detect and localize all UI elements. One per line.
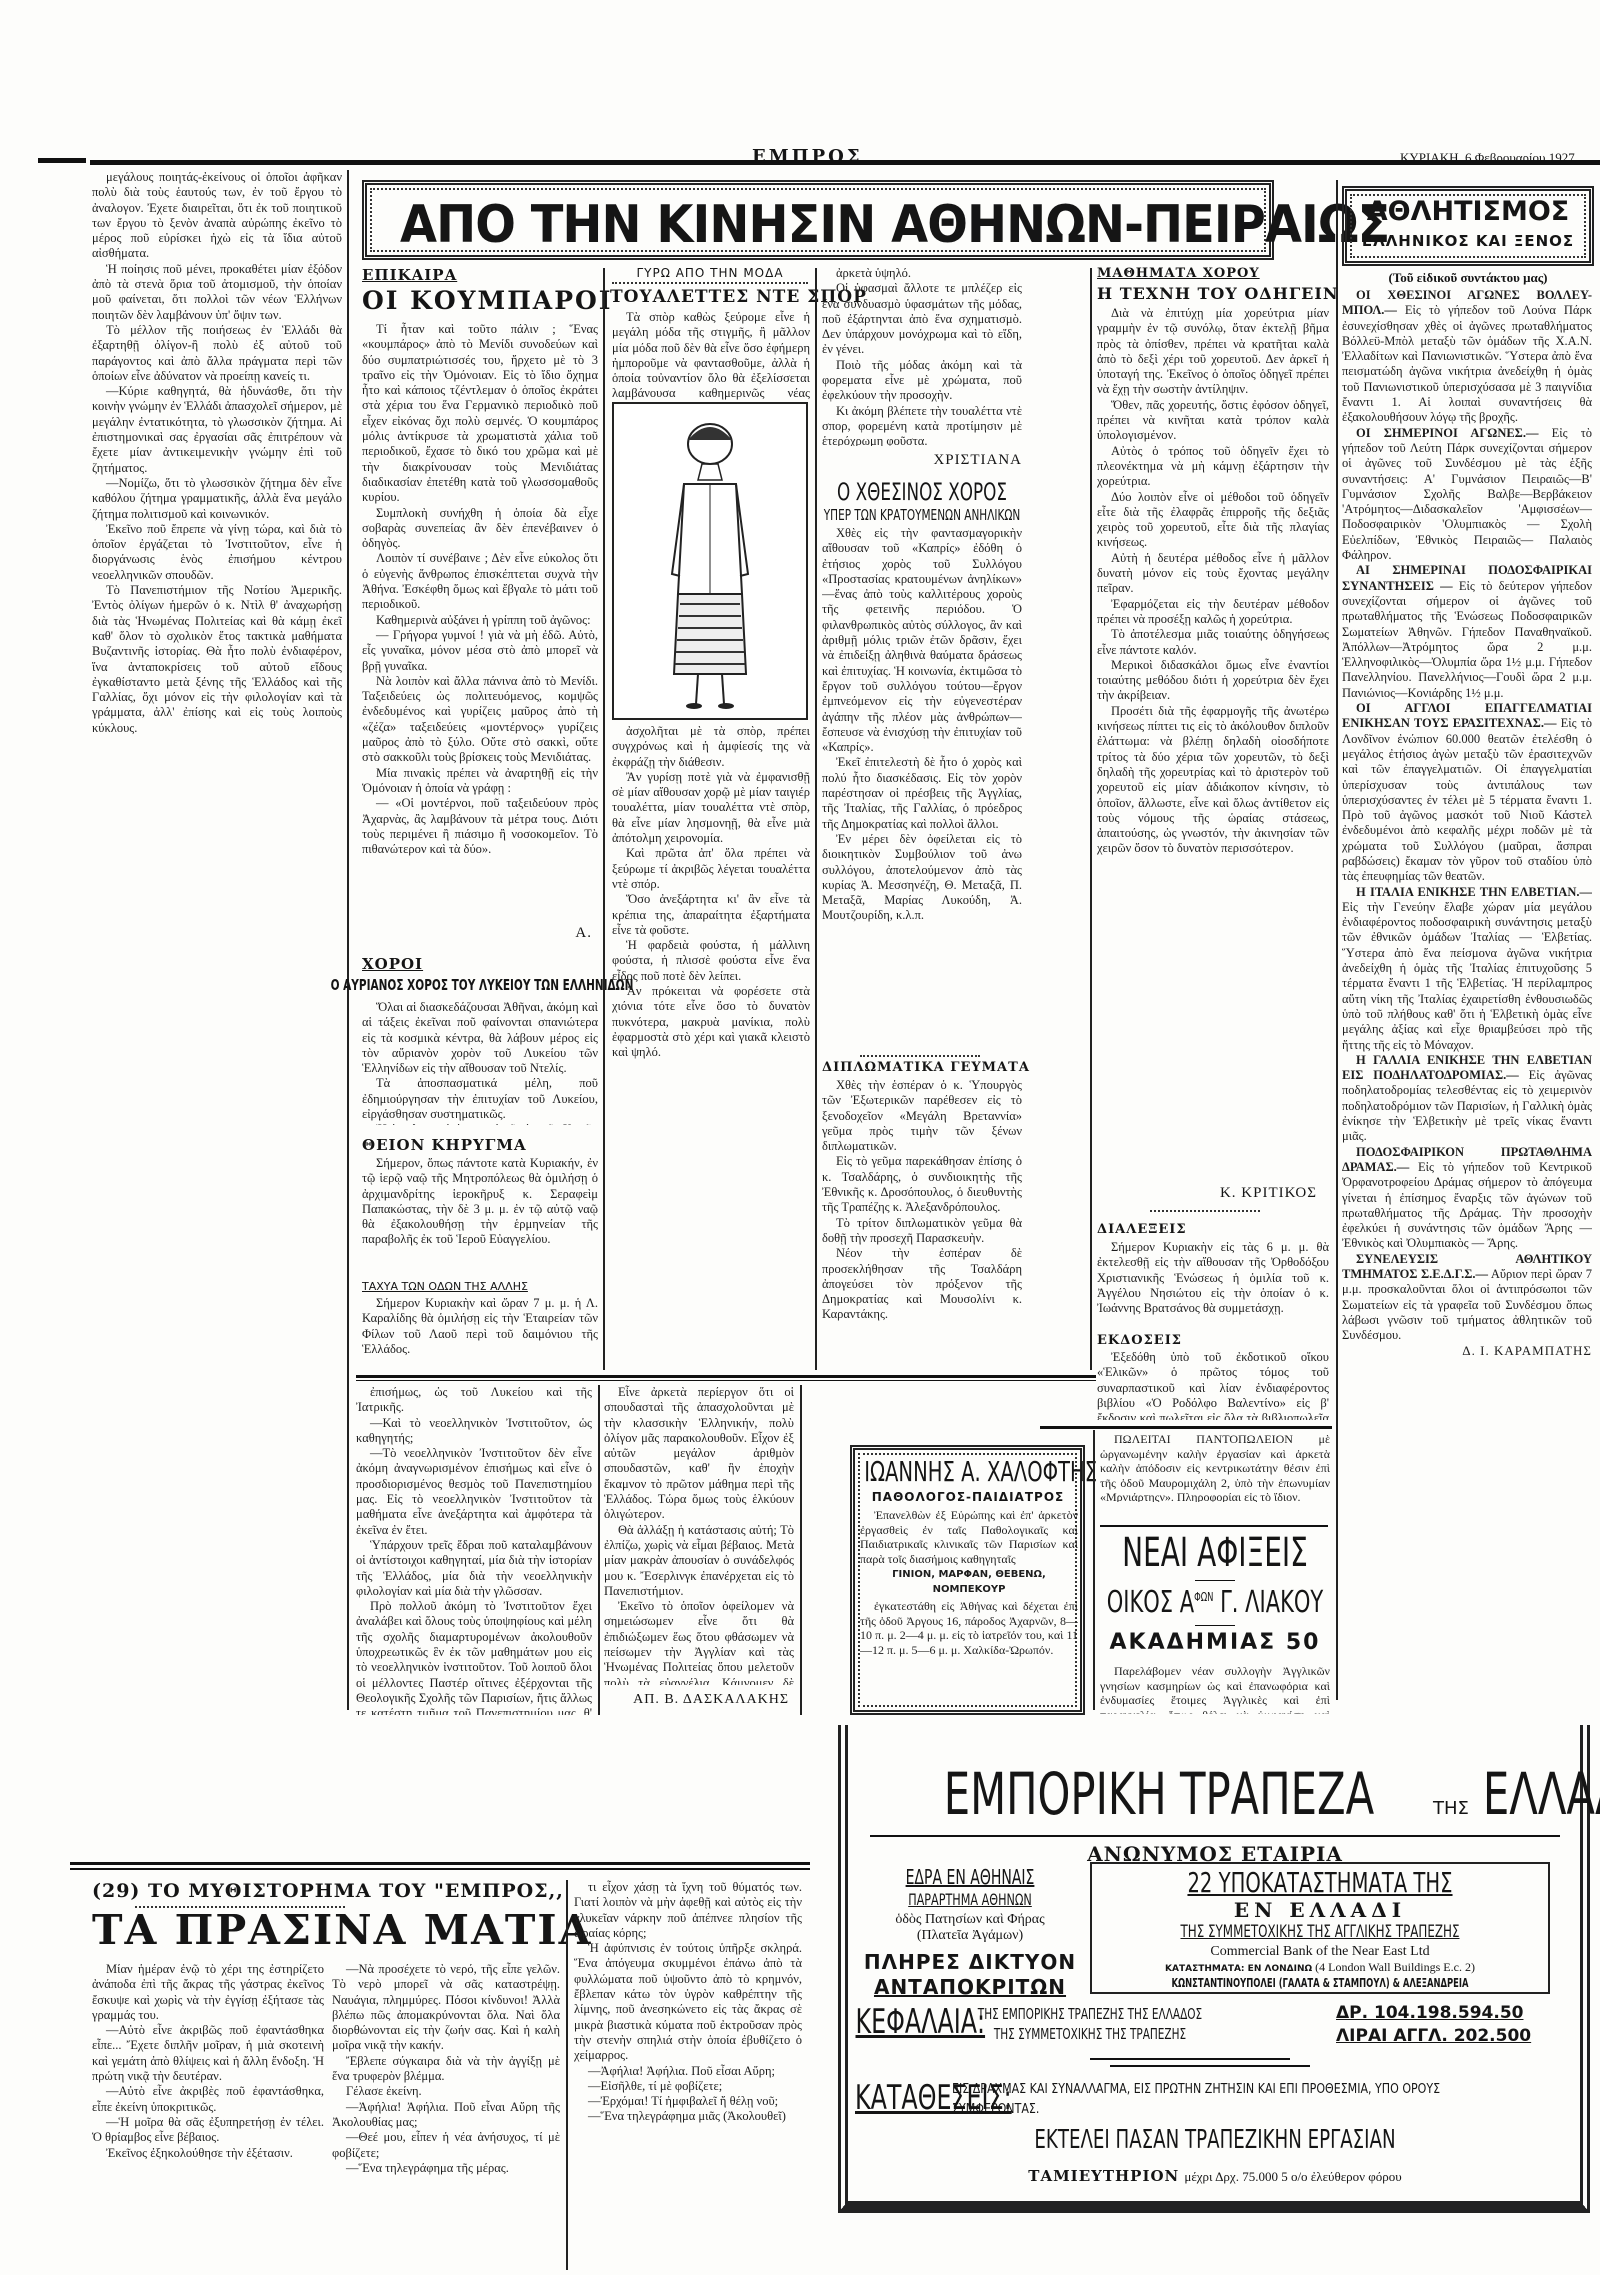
novel-column-3: τι εἶχον χάσῃ τὰ ἴχνη τοῦ θύματός των. Γ… xyxy=(574,1880,802,2270)
arrivals-house: ΟΙΚΟΣ Α xyxy=(1107,1585,1194,1620)
subhead-minors: ΥΠΕΡ ΤΩΝ ΚΡΑΤΟΥΜΕΝΩΝ ΑΝΗΛΙΚΩΝ xyxy=(796,506,1048,524)
paragraph: Δύο λοιπὸν εἶνε οἱ μέθοδοι τοῦ ὁδηγεῖν ε… xyxy=(1097,490,1329,551)
novel-column-1: Μίαν ἡμέραν ἐνῷ τὸ χέρι της ἐστηρίζετο ἀ… xyxy=(92,1962,324,2267)
bank-network-line1: ΠΛΗΡΕΣ ΔΙΚΤΥΟΝ xyxy=(850,1950,1090,1974)
divider xyxy=(1110,2065,1310,2067)
article-diplomatic: Χθὲς τὴν ἑσπέραν ὁ κ. Ὑπουργὸς τῶν Ἐξωτε… xyxy=(822,1078,1022,1368)
section-label-diplomatic: ΔΙΠΛΩΜΑΤΙΚΑ ΓΕΥΜΑΤΑ xyxy=(822,1060,1030,1075)
paragraph: —Ἕνα τηλεγράφημα τῆς μέρας. xyxy=(332,2161,560,2176)
bank-branch-square: (Πλατεῖα Ἀγάμων) xyxy=(860,1928,1080,1944)
sports-article: ΟΙ ΣΗΜΕΡΙΝΟΙ ΑΓΩΝΕΣ.— Εἰς τὸ γήπεδον τοῦ… xyxy=(1342,426,1592,564)
doctor-name: ΙΩΑΝΝΗΣ Α. ΧΑΛΟΦΤΗΣ xyxy=(864,1455,1071,1488)
bank-title-greece: ΕΛΛΑΔΟΣ xyxy=(1483,1760,1600,1828)
sports-headline: ΟΙ ΑΓΓΛΟΙ ΕΠΑΓΓΕΛΜΑΤΙΑΙ ΕΝΙΚΗΣΑΝ ΤΟΥΣ ΕΡ… xyxy=(1342,701,1592,730)
article-fashion-cont: ἀρκετὰ ὑψηλό. Οἱ ὑφασμαὶ ἄλλοτε τε μπλέζ… xyxy=(822,266,1022,446)
divider xyxy=(1195,1580,1235,1581)
section-label-dance-lessons: ΜΑΘΗΜΑΤΑ ΧΟΡΟΥ xyxy=(1097,266,1260,281)
section-rule xyxy=(1040,1426,1332,1429)
bank-capital-desc-1: ΤΗΣ ΕΜΠΟΡΙΚΗΣ ΤΡΑΠΕΖΗΣ ΤΗΣ ΕΛΛΑΔΟΣ xyxy=(943,2005,1237,2023)
paragraph: Μίαν ἡμέραν ἐνῷ τὸ χέρι της ἐστηρίζετο ἀ… xyxy=(92,1962,324,2023)
paragraph: Τὸ τρίτον διπλωματικὸν γεῦμα θὰ δοθῇ τὴν… xyxy=(822,1216,1022,1247)
bank-branches-line4: Commercial Bank of the Near East Ltd xyxy=(1095,1944,1545,1960)
article-lecture: Σήμερον Κυριακὴν καὶ ὥραν 7 μ. μ. ἡ Λ. Κ… xyxy=(362,1296,598,1366)
sports-subtitle: ΕΛΛΗΝΙΚΟΣ ΚΑΙ ΞΕΝΟΣ xyxy=(1345,232,1591,250)
sports-signature: Δ. Ι. ΚΑΡΑΜΠΑΤΗΣ xyxy=(1342,1343,1592,1358)
paragraph: Ἡ ποίησις ποῦ μένει, προκαθέτει μίαν ἐξό… xyxy=(92,262,342,323)
bank-title-main: ΕΜΠΟΡΙΚΗ ΤΡΑΠΕΖΑ xyxy=(944,1760,1374,1828)
section-rule xyxy=(356,1380,1096,1381)
paragraph: Ὅλαι αἱ διασκεδάζουσαι Ἀθῆναι, ἀκόμη καὶ… xyxy=(362,1000,598,1076)
paragraph: Γέλασε ἐκείνη. xyxy=(332,2084,560,2099)
paragraph: Ἔβλεπε σύγκαιρα διὰ νὰ τὴν ἀγγίξῃ μὲ ἕνα… xyxy=(332,2054,560,2085)
paragraph: Σήμερον Κυριακὴν εἰς τὰς 6 μ. μ. θὰ ἐκτε… xyxy=(1097,1240,1329,1316)
paragraph: ΠΩΛΕΙΤΑΙ ΠΑΝΤΟΠΩΛΕΙΟΝ μὲ ὠργανωμένην καλ… xyxy=(1100,1432,1330,1502)
paragraph: Ἡ ἐκτελεστικὴ ἐπιτροπὴ τῆς ἑορτῆς Χορῶν … xyxy=(362,1122,598,1125)
sports-body: Εἰς τὸ Λονδῖνον ἐνώπιον 60.000 θεατῶν ἐτ… xyxy=(1342,716,1592,883)
paragraph: —Ἐρχόμαι! Τί ἠμφιβαλεῖ ἤ θέλῃ νοῦ; xyxy=(574,2094,802,2109)
section-label-editions: ΕΚΔΟΣΕΙΣ xyxy=(1097,1333,1182,1348)
paragraph: Μερικοὶ διδασκάλοι ὅμως εἶνε ἐναντίοι το… xyxy=(1097,658,1329,704)
column-divider xyxy=(566,1880,568,2270)
sports-title: ΑΘΛΗΤΙΣΜΟΣ xyxy=(1345,196,1591,227)
novel-column-2: —Νὰ προσέχετε τὸ νερό, τῆς εἶπε γελῶν. Τ… xyxy=(332,1962,560,2267)
paragraph: ἀρκετὰ ὑψηλό. xyxy=(822,266,1022,281)
sports-body: Εἰς τὸ γήπεδον τοῦ Λούνα Πάρκ ἐσυνεχίσθη… xyxy=(1342,303,1592,424)
bank-services: ΕΚΤΕΛΕΙ ΠΑΣΑΝ ΤΡΑΠΕΖΙΚΗΝ ΕΡΓΑΣΙΑΝ xyxy=(967,2125,1464,2155)
bank-branches-line6: ΚΩΝΣΤΑΝΤΙΝΟΥΠΟΛΕΙ (ΓΑΛΑΤΑ & ΣΤΑΜΠΟΥΛ) & … xyxy=(1103,1976,1537,1990)
paragraph: Ἐν μέρει δὲν ὀφείλεται εἰς τὸ διοικητικὸ… xyxy=(822,832,1022,924)
divider xyxy=(1150,1210,1260,1212)
paragraph: Προσέτι διὰ τῆς ἐφαρμογῆς τῆς ἀνωτέρω κι… xyxy=(1097,704,1329,857)
paragraph: — Γρήγορα γυμνοί ! γιὰ νὰ μὴ ἐδῶ. Αὐτὸ, … xyxy=(362,628,598,674)
paragraph: Ἂν γυρίσῃ ποτὲ γιὰ νὰ ἐμφανισθῇ σὲ μίαν … xyxy=(612,770,810,846)
paragraph: Ἂν πρόκειται νὰ φορέσετε στὰ χιόνια τότε… xyxy=(612,984,810,1060)
paragraph: —Αὐτὸ εἶνε ἀκριβῶς ποῦ ἐφαντάσθηκα εἶπε.… xyxy=(92,2023,324,2084)
paragraph: Κι ἀκόμη βλέπετε τὴν τουαλέττα ντὲ σπορ,… xyxy=(822,404,1022,446)
column-divider xyxy=(800,1385,802,1715)
article-fashion-bottom: ἀσχολῆται μὲ τὰ σπὸρ, πρέπει συγχρόνως κ… xyxy=(612,724,810,1369)
sports-body: Εἰς τὸ γήπεδον τοῦ Λεύτη Πάρκ συνεχίζοντ… xyxy=(1342,426,1592,562)
paragraph: Καθημερινὰ αὐξάνει ἡ γρίππη τοῦ ἀγῶνος: xyxy=(362,613,598,628)
paragraph: —Θεέ μου, εἶπεν ἡ νέα ἀνήσυχος, τί μὲ φο… xyxy=(332,2130,560,2161)
paragraph: —Αὐτὸ εἶνε ἀκριβὲς ποῦ ἐφαντάσθηκα, εἶπε… xyxy=(92,2084,324,2115)
paragraph: Τὸ μέλλον τῆς ποιήσεως ἐν Ἑλλάδι θὰ ἐξαρ… xyxy=(92,323,342,384)
arrivals-line2: ΟΙΚΟΣ ΑΦΩΝ Γ. ΛΙΑΚΟΥ xyxy=(1107,1585,1324,1620)
arrivals-address: ΑΚΑΔΗΜΙΑΣ 50 xyxy=(1100,1630,1330,1655)
bank-title-of: ΤΗΣ xyxy=(1433,1798,1469,1819)
column-divider xyxy=(347,170,349,1710)
sports-byline: (Τοῦ εἰδικοῦ συντάκτου μας) xyxy=(1342,270,1594,286)
article-lectures: Σήμερον Κυριακὴν εἰς τὰς 6 μ. μ. θὰ ἐκτε… xyxy=(1097,1240,1329,1325)
divider xyxy=(1090,2058,1290,2060)
sports-article: ΟΙ ΑΓΓΛΟΙ ΕΠΑΓΓΕΛΜΑΤΙΑΙ ΕΝΙΚΗΣΑΝ ΤΟΥΣ ΕΡ… xyxy=(1342,701,1592,885)
sports-article: ΠΟΔΟΣΦΑΙΡΙΚΟΝ ΠΡΩΤΑΘΛΗΜΑ ΔΡΑΜΑΣ.— Εἰς τὸ… xyxy=(1342,1145,1592,1252)
paragraph: —Ἡ μοῖρα θὰ σᾶς ἐξυπηρετήσῃ ἐν τέλει. Ὁ … xyxy=(92,2115,324,2146)
paragraph: μεγάλους ποιητάς-ἐκείνους οἱ ὁποῖοι ἀφῆκ… xyxy=(92,170,342,262)
paragraph: Τί ἦταν καὶ τοῦτο πάλιν ; Ἕνας «κουμπάρο… xyxy=(362,322,598,506)
headline-sport-toilettes: ΤΟΥΑΛΕΤΤΕΣ ΝΤΕ ΣΠΟΡ xyxy=(610,287,810,307)
section-rule xyxy=(70,1862,810,1865)
paragraph: Ἐκεῖ ἐπιτελεστὴ δὲ ἦτο ὁ χορὸς καὶ πολύ … xyxy=(822,755,1022,831)
article-neohellenic-institute: ἐπισήμως, ὡς τοῦ Λυκείου καὶ τῆς Ἰατρικῆ… xyxy=(356,1385,592,1715)
arrivals-owner: Γ. ΛΙΑΚΟΥ xyxy=(1220,1585,1323,1620)
arrivals-body: Παρελάβομεν νέαν συλλογὴν Ἀγγλικῶν γνησί… xyxy=(1100,1664,1330,1714)
bank-savings: ΤΑΜΙΕΥΤΗΡΙΟΝ μέχρι Δρχ. 75.000 5 ο/ο ἐλε… xyxy=(860,2166,1570,2185)
paragraph: Ποιὸ τῆς μόδας ἀκόμη καὶ τὰ φορεματα εἶν… xyxy=(822,358,1022,404)
paragraph: Λοιπὸν τί συνέβαινε ; Δὲν εἶνε εὐκολος ὅ… xyxy=(362,551,598,612)
bank-branches-line3: ΤΗΣ ΣΥΜΜΕΤΟΧΙΚΗΣ ΤΗΣ ΑΓΓΛΙΚΗΣ ΤΡΑΠΕΖΗΣ xyxy=(1103,1922,1537,1942)
paragraph: —Νομίζω, ὅτι τὸ γλωσσικὸν ζήτημα δὲν εἶν… xyxy=(92,476,342,522)
paragraph: —Ἕνα τηλεγράφημα μιᾶς (Ἀκολουθεῖ) xyxy=(574,2109,802,2124)
article-koumparoi: Τί ἦταν καὶ τοῦτο πάλιν ; Ἕνας «κουμπάρο… xyxy=(362,322,598,922)
headline-lyceum-dance: Ο ΑΥΡΙΑΝΟΣ ΧΟΡΟΣ ΤΟΥ ΛΥΚΕΙΟΥ ΤΩΝ ΕΛΛΗΝΙΔ… xyxy=(328,976,636,994)
arrivals-line1: ΝΕΑΙ ΑΦΙΞΕΙΣ xyxy=(1107,1530,1324,1576)
paragraph: Ἐκεῖνο ποῦ ἔπρεπε νὰ γίνῃ τώρα, καὶ διὰ … xyxy=(92,522,342,583)
bank-seat: ΕΔΡΑ ΕΝ ΑΘΗΝΑΙΣ xyxy=(865,1865,1075,1889)
paragraph: Καὶ πρῶτα ἀπ' ὅλα πρέπει νὰ ξεύρωμε τί ἀ… xyxy=(612,846,810,892)
bank-branch-address: ὁδὸς Πατησίων καὶ Φήρας xyxy=(860,1912,1080,1928)
paragraph: Ἐξεδόθη ὑπὸ τοῦ ἐκδοτικοῦ οἴκου «Ἑλικῶν»… xyxy=(1097,1350,1329,1420)
sports-body: Εἰς τὴν Γενεύην ἔλαβε χώραν μία μεγάλου … xyxy=(1342,900,1592,1052)
bank-branches-line2: ΕΝ ΕΛΛΑΔΙ xyxy=(1095,1898,1545,1922)
signature: Α. xyxy=(362,925,592,942)
bank-title: ΕΜΠΟΡΙΚΗ ΤΡΑΠΕΖΑ ΤΗΣ ΕΛΛΑΔΟΣ xyxy=(860,1760,1570,1828)
paragraph: ἐπισήμως, ὡς τοῦ Λυκείου καὶ τῆς Ἰατρικῆ… xyxy=(356,1385,592,1416)
paragraph: Σήμερον, ὅπως πάντοτε κατὰ Κυριακήν, ἐν … xyxy=(362,1156,598,1248)
bank-capital-value-1: ΔΡ. 104.198.594.50 xyxy=(1336,2003,1523,2023)
article-fashion-top: Τὰ σπὸρ καθὼς ξεύρομε εἶνε ἡ μεγάλη μόδα… xyxy=(612,310,810,400)
paragraph: τι εἶχον χάσῃ τὰ ἴχνη τοῦ θύματός των. Γ… xyxy=(574,1880,802,1941)
paragraph: Ἐφαρμόζεται εἰς τὴν δευτέραν μέθοδον πρέ… xyxy=(1097,597,1329,628)
paragraph: Αὐτὴ ἡ δευτέρα μέθοδος εἶνε ἡ μᾶλλον δυν… xyxy=(1097,551,1329,597)
banner-title: ΑΠΟ ΤΗΝ ΚΙΝΗΣΙΝ ΑΘΗΝΩΝ-ΠΕΙΡΑΙΩΣ xyxy=(400,195,1389,255)
headline-art-of-leading: Η ΤΕΧΝΗ ΤΟΥ ΟΔΗΓΕΙΝ xyxy=(1097,284,1332,303)
left-column-article: μεγάλους ποιητάς-ἐκείνους οἱ ὁποῖοι ἀφῆκ… xyxy=(92,170,342,1715)
signature: ΑΠ. Β. ΔΑΣΚΑΛΑΚΗΣ xyxy=(604,1692,789,1708)
paragraph: Παρελάβομεν νέαν συλλογὴν Ἀγγλικῶν γνησί… xyxy=(1100,1664,1330,1714)
paragraph: Ὑπάρχουν τρεῖς ἕδραι ποῦ καταλαμβάνουν ο… xyxy=(356,1538,592,1599)
bank-branches-line5: ΚΑΤΑΣΤΗΜΑΤΑ: ΕΝ ΛΟΝΔΙΝΩ (4 London Wall B… xyxy=(1095,1960,1545,1975)
fashion-illustration xyxy=(612,402,808,720)
signature: ΧΡΙΣΤΙΑΝΑ xyxy=(822,452,1022,469)
column-divider xyxy=(603,268,605,1370)
paragraph: Ἡ ἀφύπνισις ἐν τούτοις ὑπῆρξε σκληρά. Ἕν… xyxy=(574,1941,802,2063)
paragraph: Πρὸ πολλοῦ ἀκόμη τὸ Ἰνστιτοῦτον ἔχει ἀνα… xyxy=(356,1599,592,1715)
divider xyxy=(860,1055,980,1057)
ad-grocery-sale: ΠΩΛΕΙΤΑΙ ΠΑΝΤΟΠΩΛΕΙΟΝ μὲ ὠργανωμένην καλ… xyxy=(1100,1432,1330,1502)
sports-article: ΣΥΝΕΛΕΥΣΙΣ ΑΘΛΗΤΙΚΟΥ ΤΜΗΜΑΤΟΣ Σ.Ε.Δ.Γ.Σ.… xyxy=(1342,1252,1592,1344)
paragraph: Τὰ σπὸρ καθὼς ξεύρομε εἶνε ἡ μεγάλη μόδα… xyxy=(612,310,810,400)
paragraph: Ἐκεῖνο τὸ ὁποῖον ὀφείλομεν νὰ σημειώσωμε… xyxy=(604,1599,794,1685)
paragraph: Θὰ ἀλλάξῃ ἡ κατάστασις αὐτή; Τὸ ἐλπίζω, … xyxy=(604,1523,794,1599)
paragraph: Συμπλοκὴ συνήχθη ἡ ὁποία δὰ εἶχε σοβαρὰς… xyxy=(362,506,598,552)
column-divider xyxy=(598,1385,600,1715)
paragraph: Νὰ λοιπὸν καὶ ἄλλα πάνινα ἀπὸ τὸ Μενίδι.… xyxy=(362,674,598,766)
paragraph: —Νὰ προσέχετε τὸ νερό, τῆς εἶπε γελῶν. Τ… xyxy=(332,1962,560,2054)
bank-branches-label: ΚΑΤΑΣΤΗΜΑΤΑ: ΕΝ ΛΟΝΔΙΝΩ xyxy=(1165,1964,1312,1974)
paragraph: Οἱ ὑφασμαὶ ἄλλοτε τε μπλέζερ εἰς ἕνα συν… xyxy=(822,281,1022,357)
section-rule xyxy=(356,1375,1096,1378)
paragraph: Τὰ ἀποσπασματικά μέλη, ποῦ ἐδημιούργησαν… xyxy=(362,1076,598,1122)
column-divider xyxy=(1336,180,1338,1700)
doctor-title: ΠΑΘΟΛΟΓΟΣ-ΠΑΙΔΙΑΤΡΟΣ xyxy=(858,1490,1078,1504)
bank-savings-text: μέχρι Δρχ. 75.000 5 ο/ο ἐλεύθερον φόρου xyxy=(1184,2169,1401,2184)
paragraph: —Ἀφήλια! Ἀφήλια. Ποῦ εἶναι Αὔρη τῆς Ἀκολ… xyxy=(332,2100,560,2131)
divider xyxy=(612,282,808,284)
paragraph: —Τὸ νεοελληνικὸν Ἰνστιτοῦτον δὲν εἶνε ἀκ… xyxy=(356,1446,592,1538)
paragraph: Αὐτὸς ὁ τρόπος τοῦ ὁδηγεῖν ἔχει τὸ πλεον… xyxy=(1097,444,1329,490)
sports-body: Εἰς τὸ δεύτερον γήπεδον συνεχίζονται σήμ… xyxy=(1342,579,1592,700)
sports-article: Η ΓΑΛΛΙΑ ΕΝΙΚΗΣΕ ΤΗΝ ΕΛΒΕΤΙΑΝ ΕΙΣ ΠΟΔΗΛΑ… xyxy=(1342,1053,1592,1145)
article-sermon: Σήμερον, ὅπως πάντοτε κατὰ Κυριακήν, ἐν … xyxy=(362,1156,598,1276)
bank-savings-label: ΤΑΜΙΕΥΤΗΡΙΟΝ xyxy=(1028,2167,1179,2185)
bank-branches-line1: 22 ΥΠΟΚΑΤΑΣΤΗΜΑΤΑ ΤΗΣ xyxy=(1128,1866,1513,1899)
article-editions: Ἐξεδόθη ὑπὸ τοῦ ἐκδοτικοῦ οἴκου «Ἑλικῶν»… xyxy=(1097,1350,1329,1420)
paragraph: —Κύριε καθηγητά, θὰ ἠδυνάσθε, ὅτι τὴν κο… xyxy=(92,384,342,476)
paragraph: —Ἀφήλια! Ἀφήλια. Ποῦ εἶσαι Αὔρη; xyxy=(574,2064,802,2079)
section-label-fashion: ΓΥΡΩ ΑΠΟ ΤΗΝ ΜΟΔΑ xyxy=(610,266,810,280)
column-divider xyxy=(1093,1430,1095,1710)
woman-figure-icon xyxy=(614,404,806,718)
paragraph: Τὸ Πανεπιστήμιον τῆς Νοτίου Ἀμερικῆς. Ἐν… xyxy=(92,583,342,736)
paragraph: Μία πινακὶς πρέπει νὰ ἀναρτηθῇ εἰς τὴν Ὁ… xyxy=(362,766,598,797)
paragraph: Σήμερον Κυριακὴν καὶ ὥραν 7 μ. μ. ἡ Λ. Κ… xyxy=(362,1296,598,1357)
section-label-choroi: ΧΟΡΟΙ xyxy=(362,955,423,973)
paragraph: Ὅσο ἀνεξάρτητα κι' ἂν εἶνε τὰ κρέπια της… xyxy=(612,892,810,938)
divider xyxy=(1195,1625,1235,1626)
paragraph: Ἡ φαρδειὰ φούστα, ἡ μάλλινη φούστα, ἡ πλ… xyxy=(612,938,810,984)
column-divider xyxy=(815,268,817,1370)
bank-capital-value-2: ΛΙΡΑΙ ΑΓΓΛ. 202.500 xyxy=(1336,2026,1531,2046)
sports-article: Η ΙΤΑΛΙΑ ΕΝΙΚΗΣΕ ΤΗΝ ΕΛΒΕΤΙΑΝ.— Εἰς τὴν … xyxy=(1342,885,1592,1053)
doctor-names-line: ΓΙΝΙΟΝ, ΜΑΡΦΑΝ, ΘΕΒΕΝΩ, ΝΟΜΠΕΚΟΥΡ xyxy=(860,1568,1078,1597)
sports-headline: Η ΙΤΑΛΙΑ ΕΝΙΚΗΣΕ ΤΗΝ ΕΛΒΕΤΙΑΝ.— xyxy=(1356,885,1592,899)
section-rule xyxy=(1100,1525,1328,1527)
section-rule xyxy=(70,1868,810,1870)
headline-yesterday-dance: Ο ΧΘΕΣΙΝΟΣ ΧΟΡΟΣ xyxy=(817,478,1027,506)
article-neohellenic-cont: Εἶνε ἀρκετὰ περίεργον ὅτι οἱ σπουδασταὶ … xyxy=(604,1385,794,1685)
signature: Κ. ΚΡΙΤΙΚΟΣ xyxy=(1097,1185,1317,1202)
bank-capital-desc-2: ΤΗΣ ΣΥΜΜΕΤΟΧΙΚΗΣ ΤΗΣ ΤΡΑΠΕΖΗΣ xyxy=(943,2025,1237,2043)
bank-network-line2: ΑΝΤΑΠΟΚΡΙΤΩΝ xyxy=(850,1975,1090,1999)
arrivals-brothers: ΦΩΝ xyxy=(1194,1590,1213,1604)
novel-title: ΤΑ ΠΡΑΣΙΝΑ ΜΑΤΙΑ xyxy=(92,1906,592,1954)
sports-headline: ΟΙ ΣΗΜΕΡΙΝΟΙ ΑΓΩΝΕΣ.— xyxy=(1356,426,1538,440)
masthead-rule xyxy=(38,158,86,163)
section-label-lecture: ΤΑΧΥΑ ΤΩΝ ΟΔΩΝ ΤΗΣ ΑΛΛΗΣ xyxy=(362,1280,528,1293)
paragraph: Ἐπανελθὼν ἐξ Εὐρώπης καὶ ἐπ' ἀρκετὸν ἐργ… xyxy=(860,1508,1078,1566)
paragraph: Διὰ νὰ ἐπιτύχῃ μία χορεύτρια μίαν γραμμὴ… xyxy=(1097,306,1329,398)
article-yesterday-dance: Χθὲς εἰς τὴν φαντασμαγορικὴν αἴθουσαν το… xyxy=(822,526,1022,1031)
paragraph: —Εἰσῆλθε, τί μὲ φοβίζετε; xyxy=(574,2079,802,2094)
headline-koumparoi: ΟΙ ΚΟΥΜΠΑΡΟΙ xyxy=(362,286,597,315)
section-label-epikaira: ΕΠΙΚΑΙΡΑ xyxy=(362,266,457,284)
doctor-body: Ἐπανελθὼν ἐξ Εὐρώπης καὶ ἐπ' ἀρκετὸν ἐργ… xyxy=(860,1508,1078,1708)
masthead-rule xyxy=(90,160,1600,165)
sports-article: ΟΙ ΧΘΕΣΙΝΟΙ ΑΓΩΝΕΣ ΒΟΛΛΕΥ-ΜΠΟΛ.— Εἰς τὸ … xyxy=(1342,288,1592,426)
paragraph: ἀσχολῆται μὲ τὰ σπὸρ, πρέπει συγχρόνως κ… xyxy=(612,724,810,770)
paragraph: — «Οἱ μοντέρνοι, ποῦ ταξειδεύουν πρὸς Ἀχ… xyxy=(362,796,598,857)
bank-london-address: (4 London Wall Buildings E.c. 2) xyxy=(1315,1960,1475,1974)
paragraph: Εἶνε ἀρκετὰ περίεργον ὅτι οἱ σπουδασταὶ … xyxy=(604,1385,794,1523)
bank-title-rule xyxy=(870,1835,1560,1837)
column-divider xyxy=(1090,268,1092,1370)
sports-article: ΑΙ ΣΗΜΕΡΙΝΑΙ ΠΟΔΟΣΦΑΙΡΙΚΑΙ ΣΥΝΑΝΤΗΣΕΙΣ —… xyxy=(1342,563,1592,701)
article-dance-lessons: Διὰ νὰ ἐπιτύχῃ μία χορεύτρια μίαν γραμμὴ… xyxy=(1097,306,1329,1166)
paragraph: ἐγκατεστάθη εἰς Ἀθήνας καὶ δέχεται ἐπὶ τ… xyxy=(860,1599,1078,1657)
article-lyceum-dance: Ὅλαι αἱ διασκεδάζουσαι Ἀθῆναι, ἀκόμη καὶ… xyxy=(362,1000,598,1125)
paragraph: Εἰς τὸ γεῦμα παρεκάθησαν ἐπίσης ὁ κ. Τσα… xyxy=(822,1154,1022,1215)
sports-articles: ΟΙ ΧΘΕΣΙΝΟΙ ΑΓΩΝΕΣ ΒΟΛΛΕΥ-ΜΠΟΛ.— Εἰς τὸ … xyxy=(1342,288,1592,1708)
paragraph: —Καὶ τὸ νεοελληνικὸν Ἰνστιτοῦτον, ὡς καθ… xyxy=(356,1416,592,1447)
paragraph: Νέον τὴν ἐσπέραν δὲ προσεκλήθησαν τῆς Τσ… xyxy=(822,1246,1022,1322)
paragraph: Τὸ ἀποτέλεσμα μιᾶς τοιαύτης ὁδηγήσεως εἶ… xyxy=(1097,627,1329,658)
section-label-lectures: ΔΙΑΛΕΞΕΙΣ xyxy=(1097,1222,1187,1237)
bank-deposits-text: ΕΙΣ ΔΡΑΧΜΑΣ ΚΑΙ ΣΥΝΑΛΛΑΓΜΑ, ΕΙΣ ΠΡΩΤΗΝ Ζ… xyxy=(952,2080,1479,2120)
paragraph: Ὅθεν, πᾶς χορευτής, ὅστις ἐφόσον ὁδηγεῖ,… xyxy=(1097,398,1329,444)
paragraph: Χθὲς τὴν ἑσπέραν ὁ κ. Ὑπουργὸς τῶν Ἐξωτε… xyxy=(822,1078,1022,1154)
novel-series-label: (29) ΤΟ ΜΥΘΙΣΤΟΡΗΜΑ ΤΟΥ "ΕΜΠΡΟΣ,, xyxy=(92,1880,564,1902)
paragraph: Ἐκεῖνος ἐξηκολούθησε τὴν ἐξέτασιν. xyxy=(92,2146,324,2161)
paragraph: Χθὲς εἰς τὴν φαντασμαγορικὴν αἴθουσαν το… xyxy=(822,526,1022,755)
bank-branch: ΠΑΡΑΡΤΗΜΑ ΑΘΗΝΩΝ xyxy=(865,1890,1075,1909)
section-label-sermon: ΘΕΙΟΝ ΚΗΡΥΓΜΑ xyxy=(362,1136,527,1154)
